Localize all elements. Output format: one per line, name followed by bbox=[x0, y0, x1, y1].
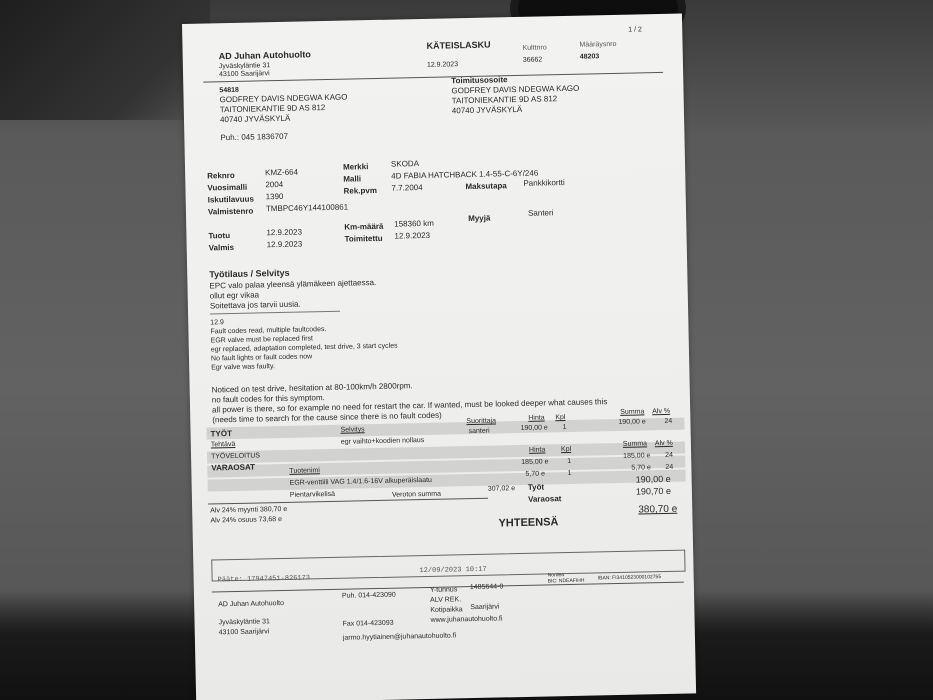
header-divider bbox=[203, 72, 663, 83]
vin-value: TMBPC46Y144100861 bbox=[266, 203, 348, 214]
company-name: AD Juhan Autohuolto bbox=[219, 49, 311, 61]
parts-price-header: Hinta bbox=[529, 446, 545, 453]
company-city: 43100 Saarijärvi bbox=[219, 70, 270, 78]
delivered-label: Toimitettu bbox=[344, 234, 382, 244]
footer-city: 43100 Saarijärvi bbox=[219, 628, 270, 636]
labor-performer: santeri bbox=[469, 428, 490, 435]
dashed-divider bbox=[210, 311, 340, 315]
request-line: Soitettava jos tarvii uusia. bbox=[210, 300, 301, 311]
model-value: 4D FABIA HATCHBACK 1.4-55-C-6Y/246 bbox=[391, 169, 538, 181]
part-qty: 1 bbox=[567, 470, 571, 477]
parts-qty-header: Kpl bbox=[561, 446, 571, 453]
ytunnus-label: Y-tunnus bbox=[430, 586, 458, 594]
parts-row: Pientarvikelisä 5,70 e 1 5,70 e 24 bbox=[182, 14, 682, 24]
ready-label: Valmis bbox=[209, 243, 235, 253]
note-line: No fault lights or fault codes now bbox=[211, 353, 312, 362]
background-shadow bbox=[0, 0, 210, 120]
note-line: 12.9 bbox=[210, 319, 224, 326]
parts-sum-header: Summa bbox=[623, 440, 647, 448]
labor-task: TYÖVELOITUS bbox=[211, 452, 260, 460]
order-no: 48203 bbox=[580, 53, 600, 60]
labor-sum: 190,00 e bbox=[618, 418, 645, 426]
customer-no-label: Kulttnro bbox=[523, 44, 547, 52]
year-label: Vuosimalli bbox=[207, 183, 247, 193]
year-value: 2004 bbox=[265, 180, 283, 189]
delivery-name: GODFREY DAVIS NDEGWA KAGO bbox=[451, 84, 579, 96]
part-vat: 24 bbox=[665, 464, 673, 471]
total-value: 380,70 e bbox=[638, 504, 677, 516]
note-line: egr replaced, adaptation completed, test… bbox=[211, 343, 398, 354]
labor-performer-header: Suorittaja bbox=[466, 418, 496, 426]
footer-fax: Fax 014-423093 bbox=[343, 620, 394, 628]
km-label: Km-määrä bbox=[344, 222, 383, 232]
delivery-label: Toimitusosoite bbox=[451, 75, 507, 85]
delivery-city: 40740 JYVÄSKYLÄ bbox=[452, 105, 522, 115]
payment-label: Maksutapa bbox=[465, 181, 507, 191]
payment-value: Pankkikortti bbox=[523, 178, 565, 188]
part-price: 5,70 e bbox=[525, 470, 545, 477]
footer-company: AD Juhan Autohuolto bbox=[218, 600, 284, 608]
reg-label: Reknro bbox=[207, 171, 235, 181]
customer-street: TAITONIEKANTIE 9D AS 812 bbox=[220, 103, 326, 114]
parts-name-header: Tuotenimi bbox=[289, 467, 320, 475]
part-sum: 185,00 e bbox=[623, 452, 650, 460]
part-name: Pientarvikelisä bbox=[290, 491, 335, 499]
make-value: SKODA bbox=[391, 159, 419, 169]
displacement-value: 1390 bbox=[266, 192, 284, 201]
note-line: EGR valve must be replaced first bbox=[211, 335, 313, 344]
labor-total-value: 190,00 e bbox=[636, 474, 671, 485]
regdate-label: Rek.pvm bbox=[343, 186, 377, 196]
km-value: 158360 km bbox=[394, 219, 434, 229]
vat-share: Alv 24% osuus 73,68 e bbox=[210, 516, 282, 524]
domicile-label: Kotipaikka bbox=[430, 606, 462, 614]
total-label: YHTEENSÄ bbox=[498, 516, 558, 529]
customer-city: 40740 JYVÄSKYLÄ bbox=[220, 114, 290, 124]
work-order-title: Työtilaus / Selvitys bbox=[209, 268, 290, 280]
ytunnus-value: 1485644-0 bbox=[470, 583, 504, 591]
bank-iban: IBAN: FI3410523000102755 bbox=[598, 574, 662, 581]
vat-sale: Alv 24% myynti 380,70 e bbox=[210, 506, 287, 515]
parts-total-value: 190,70 e bbox=[636, 486, 671, 497]
labor-row: TYÖVELOITUS egr vaihto+koodien nollaus s… bbox=[182, 14, 682, 24]
footer-website[interactable]: www.juhanautohuolto.fi bbox=[430, 615, 502, 624]
customer-id: 54818 bbox=[219, 87, 239, 94]
labor-price: 190,00 e bbox=[520, 424, 547, 432]
part-sum: 5,70 e bbox=[631, 464, 651, 471]
vin-label: Valmistenro bbox=[208, 207, 254, 217]
part-qty: 1 bbox=[567, 458, 571, 465]
labor-qty: 1 bbox=[562, 424, 566, 431]
note-line: Fault codes read, multiple faultcodes. bbox=[210, 326, 326, 335]
delivery-street: TAITONIEKANTIE 9D AS 812 bbox=[452, 94, 558, 105]
part-price: 185,00 e bbox=[521, 458, 548, 466]
displacement-label: Iskutilavuus bbox=[208, 195, 254, 205]
net-value: 307,02 e bbox=[488, 485, 515, 493]
document-type: KÄTEISLASKU bbox=[426, 40, 490, 51]
labor-desc: egr vaihto+koodien nollaus bbox=[341, 437, 425, 446]
alv-reg: ALV REK. bbox=[430, 596, 461, 604]
model-label: Malli bbox=[343, 174, 361, 183]
labor-vat-header: Alv % bbox=[652, 408, 670, 415]
labor-desc-header: Selvitys bbox=[340, 426, 364, 434]
company-street: Jyväskyläntie 31 bbox=[219, 62, 270, 70]
parts-total-label: Varaosat bbox=[528, 494, 562, 504]
bank-bic: BIC: NDEAFIHH bbox=[548, 578, 585, 585]
parts-section-title: VARAOSAT bbox=[211, 463, 255, 473]
customer-name: GODFREY DAVIS NDEGWA KAGO bbox=[219, 93, 347, 105]
note-line: Egr valve was faulty. bbox=[211, 363, 275, 371]
footer-street: Jyväskyläntie 31 bbox=[218, 618, 269, 626]
footer-phone: Puh. 014-423090 bbox=[342, 592, 396, 600]
parts-divider bbox=[208, 498, 488, 505]
part-vat: 24 bbox=[665, 452, 673, 459]
labor-task-header: Tehtävä bbox=[211, 441, 236, 449]
labor-qty-header: Kpl bbox=[555, 414, 565, 421]
delivered-value: 12.9.2023 bbox=[394, 231, 430, 241]
invoice-date: 12.9.2023 bbox=[427, 61, 458, 69]
parts-row: EGR-venttiili VAG 1.4/1.6-16V alkuperäis… bbox=[182, 14, 682, 24]
labor-total-label: Työt bbox=[528, 483, 544, 492]
customer-phone: Puh.: 045 1836707 bbox=[220, 132, 288, 142]
seller-value: Santeri bbox=[528, 208, 554, 218]
request-line: ollut egr vikaa bbox=[210, 290, 260, 300]
parts-vat-header: Alv % bbox=[655, 440, 673, 447]
labor-vat: 24 bbox=[664, 418, 672, 425]
net-label: Veroton summa bbox=[392, 491, 441, 499]
reg-value: KMZ-664 bbox=[265, 168, 298, 178]
customer-no: 36662 bbox=[523, 56, 543, 63]
brought-label: Tuotu bbox=[208, 231, 230, 240]
labor-price-header: Hinta bbox=[528, 414, 544, 421]
domicile-value: Saarijärvi bbox=[470, 603, 499, 611]
labor-section-title: TYÖT bbox=[210, 429, 232, 438]
make-label: Merkki bbox=[343, 162, 369, 172]
terminal-timestamp: 12/09/2023 10:17 bbox=[419, 566, 486, 575]
seller-label: Myyjä bbox=[468, 214, 490, 223]
ready-value: 12.9.2023 bbox=[267, 240, 303, 250]
terminal-id: Pääte: 17947451-826173 bbox=[218, 574, 311, 584]
regdate-value: 7.7.2004 bbox=[391, 183, 422, 193]
request-line: EPC valo palaa yleensä ylämäkeen ajettae… bbox=[209, 278, 376, 290]
footer-email[interactable]: jarmo.hyytiainen@juhanautohuolto.fi bbox=[343, 632, 456, 641]
brought-value: 12.9.2023 bbox=[266, 228, 302, 238]
labor-sum-header: Summa bbox=[620, 408, 644, 416]
order-no-label: Määräysnro bbox=[579, 41, 616, 49]
page-number: 1 / 2 bbox=[628, 26, 642, 33]
invoice-paper: AD Juhan Autohuolto Jyväskyläntie 31 431… bbox=[182, 14, 696, 700]
